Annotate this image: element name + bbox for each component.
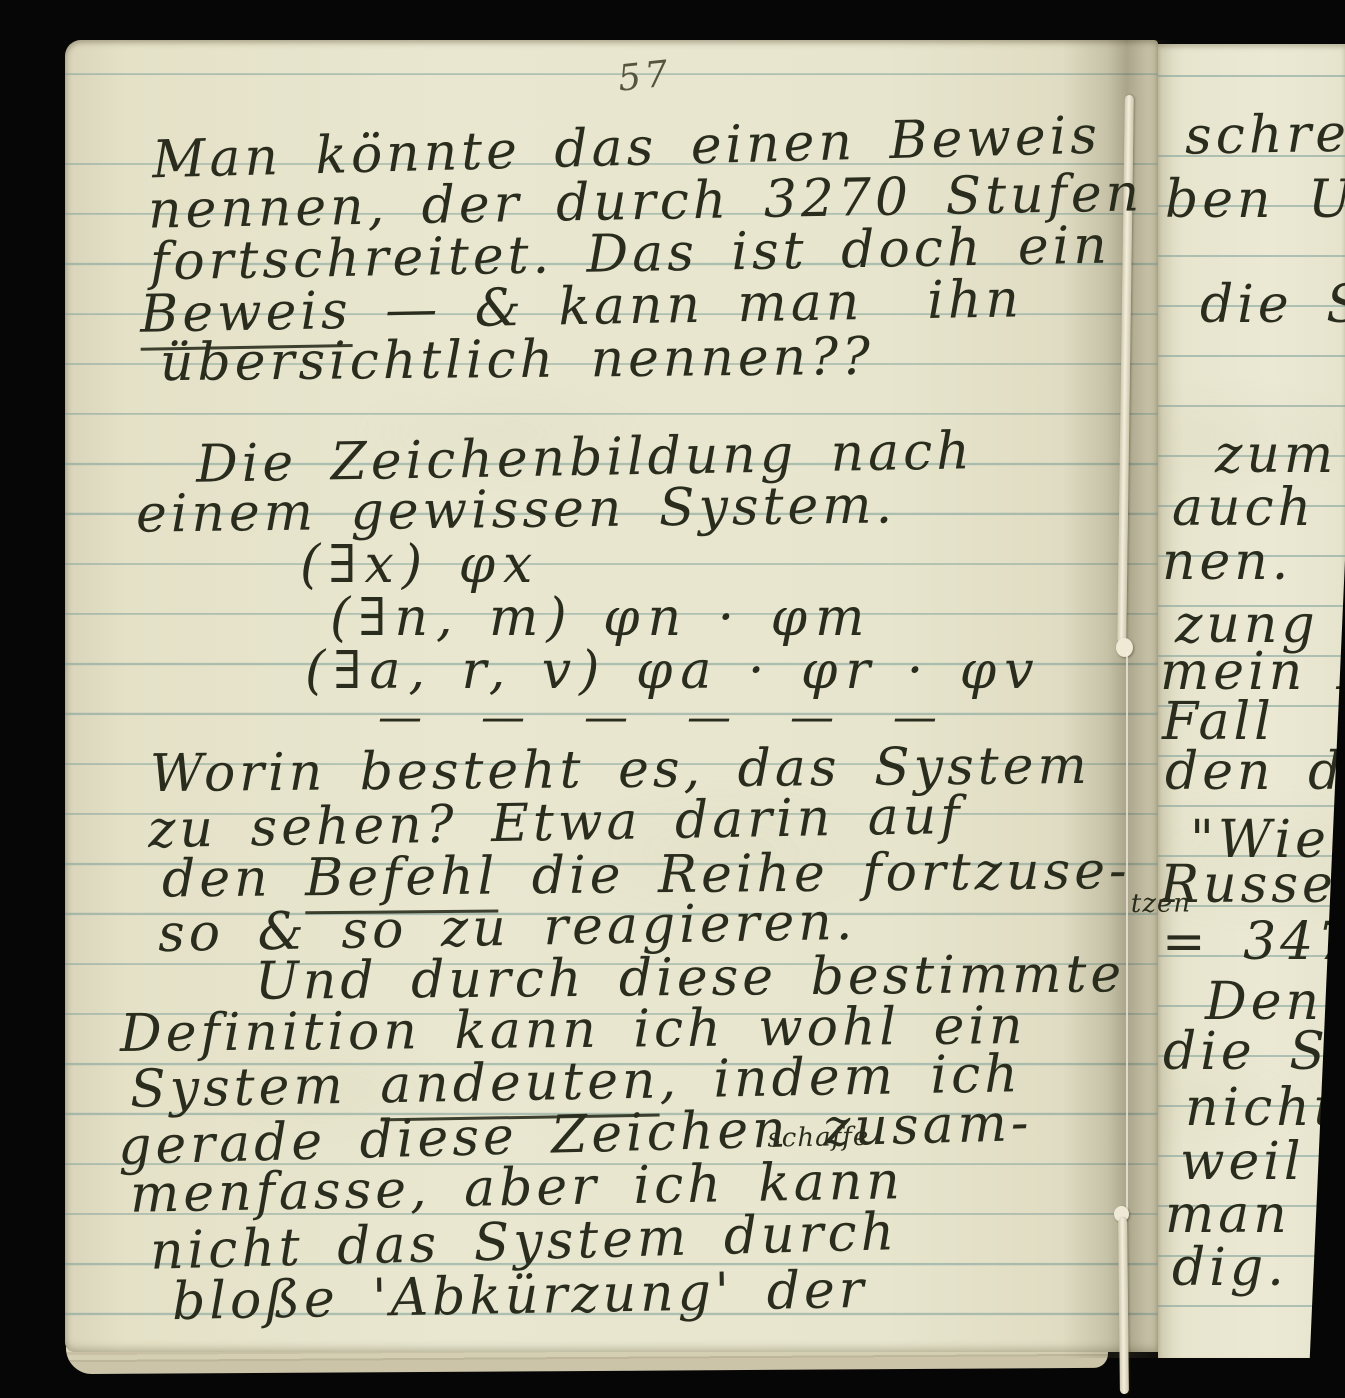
dashed-separator: — — — — — — xyxy=(378,692,953,743)
binding-thread-knot xyxy=(1116,638,1133,657)
handwritten-fragment: auch xyxy=(1172,478,1315,538)
handwritten-fragment: die Sp xyxy=(1200,275,1345,335)
handwritten-line: bloße 'Abkürzung' der xyxy=(172,1260,869,1332)
handwritten-fragment: Russe xyxy=(1160,855,1337,915)
handwritten-fragment: nen. xyxy=(1162,532,1292,592)
handwritten-fragment: dig. xyxy=(1172,1238,1288,1298)
line-text: den xyxy=(162,848,306,909)
binding-thread-filament xyxy=(1126,652,1128,1214)
handwritten-fragment: den d xyxy=(1165,742,1345,802)
handwritten-fragment: die Se xyxy=(1163,1022,1345,1082)
binding-thread xyxy=(1118,1218,1129,1394)
handwritten-fragment: schrei xyxy=(1184,103,1345,166)
handwritten-fragment: nicht xyxy=(1185,1078,1339,1138)
handwritten-fragment: man xyxy=(1165,1185,1291,1245)
handwritten-fragment: ben U xyxy=(1165,170,1345,230)
handwritten-fragment: = 3470 xyxy=(1162,912,1345,972)
line-text: ihn xyxy=(927,269,1024,331)
page-number: 57 xyxy=(616,53,674,99)
superscript-insertion: schaffe xyxy=(767,1122,869,1154)
handwritten-fragment: zum xyxy=(1215,425,1337,485)
notebook-scan: 57 Man könnte das einen Beweis nennen, d… xyxy=(0,0,1345,1398)
logic-formula: (∃n, m) φn · φm xyxy=(330,588,872,648)
logic-formula: (∃x) φx xyxy=(300,535,540,595)
handwritten-line: übersichtlich nennen?? xyxy=(160,327,874,393)
